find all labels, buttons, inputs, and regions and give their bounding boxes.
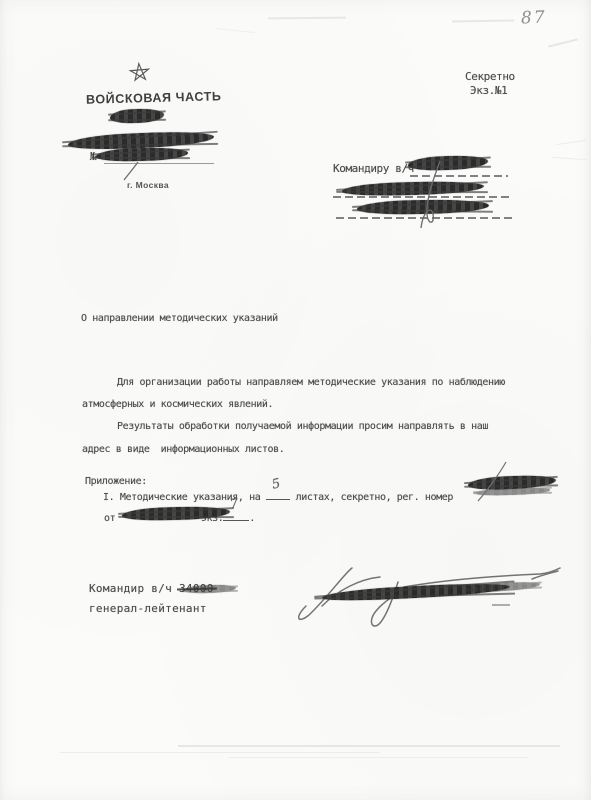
addressee-label: Командиру в/ч <box>333 162 414 175</box>
scan-streak-artifact <box>268 17 346 20</box>
addressee-name-redaction <box>342 180 484 197</box>
unit-number-redaction <box>184 584 236 594</box>
scan-streak-artifact <box>60 752 380 753</box>
commander-rank: генерал-лейтенант <box>89 602 207 615</box>
page-number: 87 <box>521 8 547 29</box>
scan-streak-artifact <box>556 140 586 146</box>
handwritten-slash-mark <box>474 460 514 508</box>
letterhead-org-name: ВОЙСКОВАЯ ЧАСТЬ <box>86 89 222 107</box>
body-line: Результаты обработки получаемой информац… <box>117 420 488 433</box>
classification-stamp: Секретно <box>465 70 515 83</box>
body-line: адрес в виде информационных листов. <box>82 443 284 456</box>
body-line: Для организации работы направляем методи… <box>117 376 505 389</box>
star-icon <box>126 61 155 93</box>
attachment-item-text: листах, секретно, рег. номер <box>290 492 453 503</box>
scan-streak-artifact <box>215 28 255 34</box>
attachment-label: Приложение: <box>85 475 147 488</box>
sheets-count-handwritten: 5 <box>271 477 281 491</box>
scan-streak-artifact <box>178 745 560 747</box>
attachment-from-label: от <box>104 513 121 524</box>
letterhead-unit-number-redaction <box>110 108 164 124</box>
commander-label: Командир в/ч <box>89 582 179 595</box>
scan-streak-artifact <box>228 757 528 758</box>
handwritten-slash-mark <box>120 160 144 186</box>
subject-line: О направлении методических указаний <box>81 312 278 325</box>
handwritten-slash-mark <box>414 158 456 238</box>
attachment-item-number: I. <box>103 492 114 503</box>
copy-number: Экз.№1 <box>470 84 507 97</box>
scan-streak-artifact <box>548 38 577 47</box>
sheets-count-blank: 5 <box>266 490 290 500</box>
scan-streak-artifact <box>452 19 514 22</box>
scan-streak-artifact <box>552 157 586 161</box>
attachment-period: . <box>249 513 255 524</box>
scanned-document-page: 87 Секретно Экз.№1 ВОЙСКОВАЯ ЧАСТЬ № г. … <box>0 0 591 800</box>
body-line: атмосферных и космических явлений. <box>82 398 273 411</box>
attachment-item-text: Методические указания, на <box>120 492 266 503</box>
